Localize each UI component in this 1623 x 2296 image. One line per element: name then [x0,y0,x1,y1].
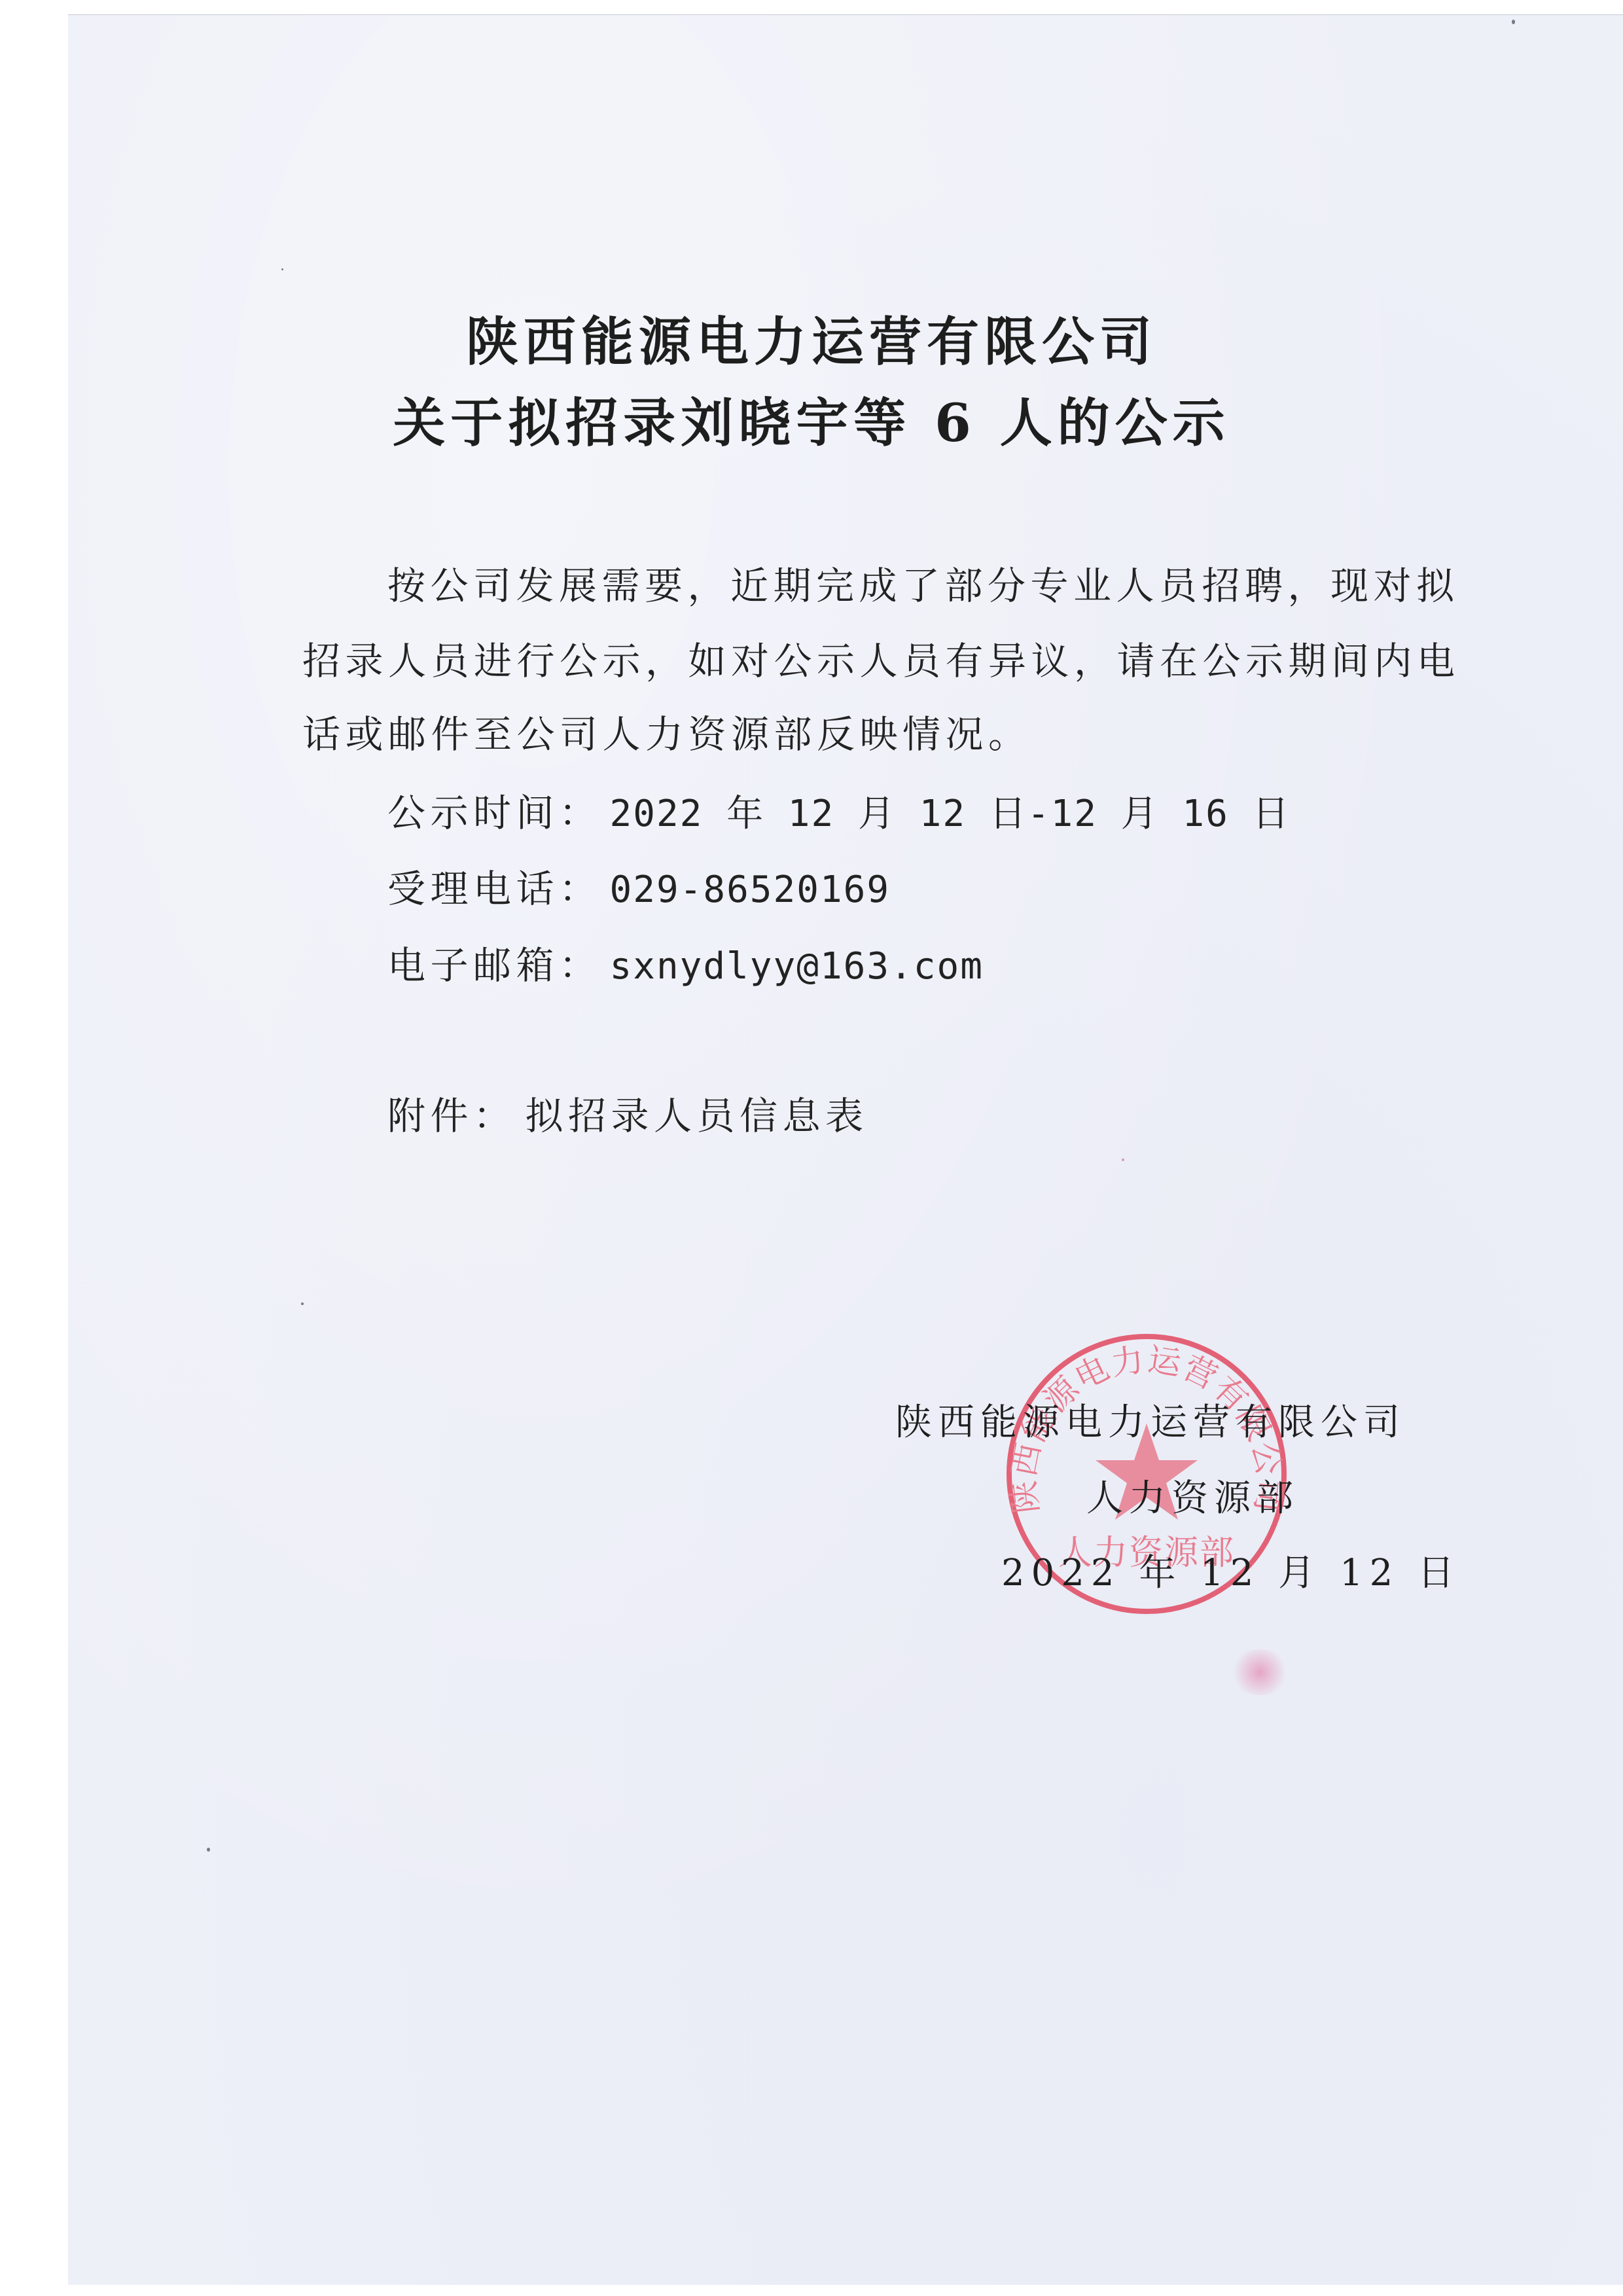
publicity-period-label: 公示时间： [387,791,602,835]
phone-value: 029-86520169 [610,869,891,911]
attachment-value: 拟招录人员信息表 [526,1094,868,1138]
email-label: 电子邮箱： [387,943,602,988]
publicity-period-value: 2022 年 12 月 12 日-12 月 16 日 [610,793,1291,835]
scan-speck [281,268,283,270]
document-title-line-2: 关于拟招录刘晓宇等 6 人的公示 [0,397,1623,449]
body-paragraph-line-3: 话或邮件至公司人力资源部反映情况。 [302,715,1031,753]
phone-label: 受理电话： [387,867,602,911]
signature-date: 2022 年 12 月 12 日 [1001,1555,1461,1592]
body-paragraph-line-1: 按公司发展需要，近期完成了部分专业人员招聘，现对拟 [387,567,1459,605]
attachment-label: 附件： [387,1094,516,1138]
email-line: 电子邮箱：sxnydlyy@163.com [387,946,984,985]
scan-speck [207,1848,210,1852]
scan-speck [301,1302,304,1305]
body-paragraph-line-2: 招录人员进行公示，如对公示人员有异议，请在公示期间内电 [302,642,1460,680]
phone-line: 受理电话：029-86520169 [387,870,890,908]
ink-smudge [1230,1649,1289,1695]
scan-speck [1122,1158,1124,1161]
signature-department: 人力资源部 [1086,1480,1299,1517]
document-title-line-1: 陕西能源电力运营有限公司 [0,315,1623,368]
publicity-period-line: 公示时间：2022 年 12 月 12 日-12 月 16 日 [387,794,1291,833]
attachment-line: 附件：拟招录人员信息表 [387,1097,868,1135]
signature-organization: 陕西能源电力运营有限公司 [895,1405,1406,1441]
scan-speck [1512,20,1515,24]
email-value: sxnydlyy@163.com [610,945,984,988]
